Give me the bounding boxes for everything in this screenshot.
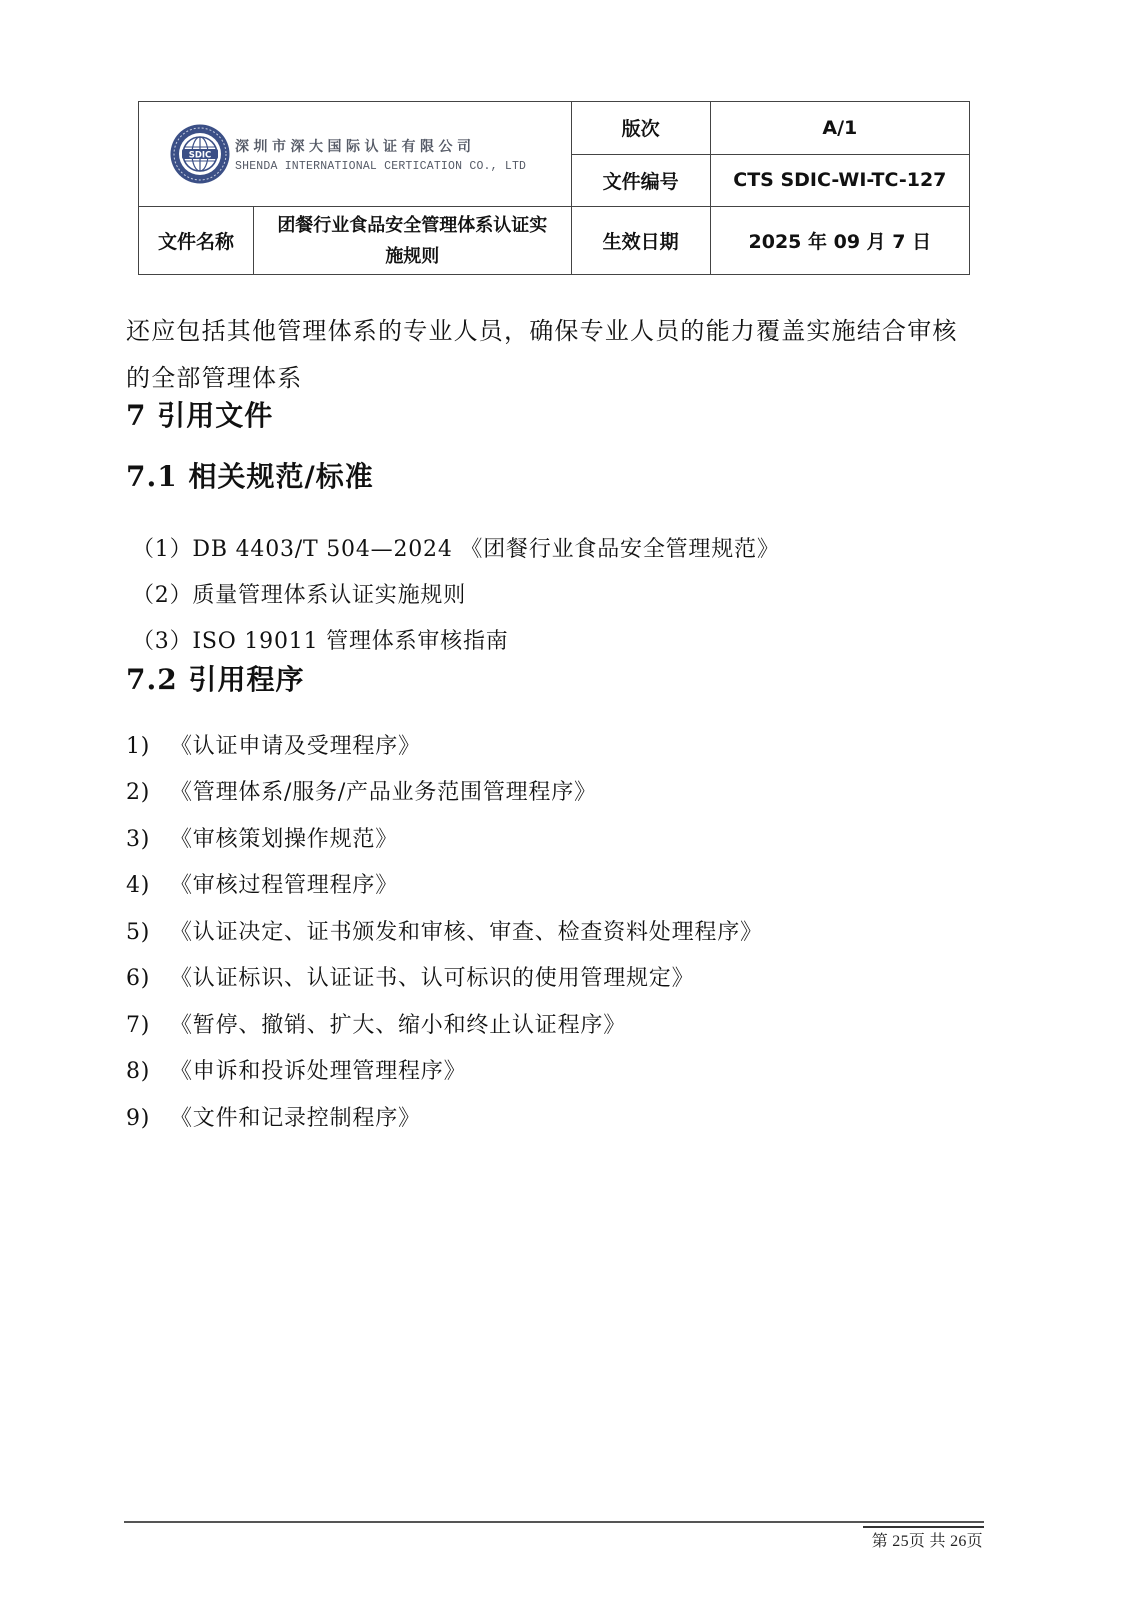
procedure-item: 7)《暂停、撤销、扩大、缩小和终止认证程序》 (126, 1008, 626, 1039)
procedure-item: 2)《管理体系/服务/产品业务范围管理程序》 (126, 775, 597, 806)
effective-date-value: 2025 年 09 月 7 日 (710, 207, 969, 275)
procedure-item: 9)《文件和记录控制程序》 (126, 1101, 421, 1132)
footer-divider (124, 1521, 984, 1523)
document-header-table: SDIC 深圳市深大国际认证有限公司 SHENDA INTERNATIONAL … (138, 101, 970, 275)
standard-item: （2）质量管理体系认证实施规则 (132, 578, 466, 609)
procedure-item: 3)《审核策划操作规范》 (126, 822, 398, 853)
company-name-en: SHENDA INTERNATIONAL CERTICATION CO., LT… (235, 160, 526, 173)
document-page: SDIC 深圳市深大国际认证有限公司 SHENDA INTERNATIONAL … (0, 0, 1131, 1600)
paragraph-line: 还应包括其他管理体系的专业人员，确保专业人员的能力覆盖实施结合审核 (126, 311, 958, 346)
company-name-cn: 深圳市深大国际认证有限公司 (235, 136, 526, 156)
doc-name-value: 团餐行业食品安全管理体系认证实 施规则 (254, 207, 571, 275)
version-value: A/1 (710, 102, 969, 155)
section-heading-7-2: 7.2 引用程序 (126, 658, 304, 698)
effective-date-label: 生效日期 (571, 207, 710, 275)
doc-number-value: CTS SDIC-WI-TC-127 (710, 154, 969, 207)
page-number: 第 25页 共 26页 (872, 1528, 983, 1551)
procedure-item: 5)《认证决定、证书颁发和审核、审查、检查资料处理程序》 (126, 915, 763, 946)
standard-item: （3）ISO 19011 管理体系审核指南 (132, 624, 509, 655)
procedure-item: 4)《审核过程管理程序》 (126, 868, 398, 899)
svg-text:SDIC: SDIC (189, 151, 212, 161)
paragraph-line: 的全部管理体系 (126, 358, 302, 393)
procedure-item: 6)《认证标识、认证证书、认可标识的使用管理规定》 (126, 961, 694, 992)
doc-name-label: 文件名称 (139, 207, 254, 275)
doc-number-label: 文件编号 (571, 154, 710, 207)
company-logo-cell: SDIC 深圳市深大国际认证有限公司 SHENDA INTERNATIONAL … (139, 102, 572, 207)
version-label: 版次 (571, 102, 710, 155)
standard-item: （1）DB 4403/T 504—2024 《团餐行业食品安全管理规范》 (132, 532, 780, 563)
doc-name-line2: 施规则 (254, 241, 570, 272)
procedure-item: 1)《认证申请及受理程序》 (126, 729, 421, 760)
doc-name-line1: 团餐行业食品安全管理体系认证实 (254, 210, 570, 241)
company-logo-icon: SDIC (169, 123, 231, 185)
section-heading-7-1: 7.1 相关规范/标准 (126, 455, 374, 495)
section-heading-7: 7 引用文件 (126, 394, 273, 434)
procedure-item: 8)《申诉和投诉处理管理程序》 (126, 1054, 466, 1085)
